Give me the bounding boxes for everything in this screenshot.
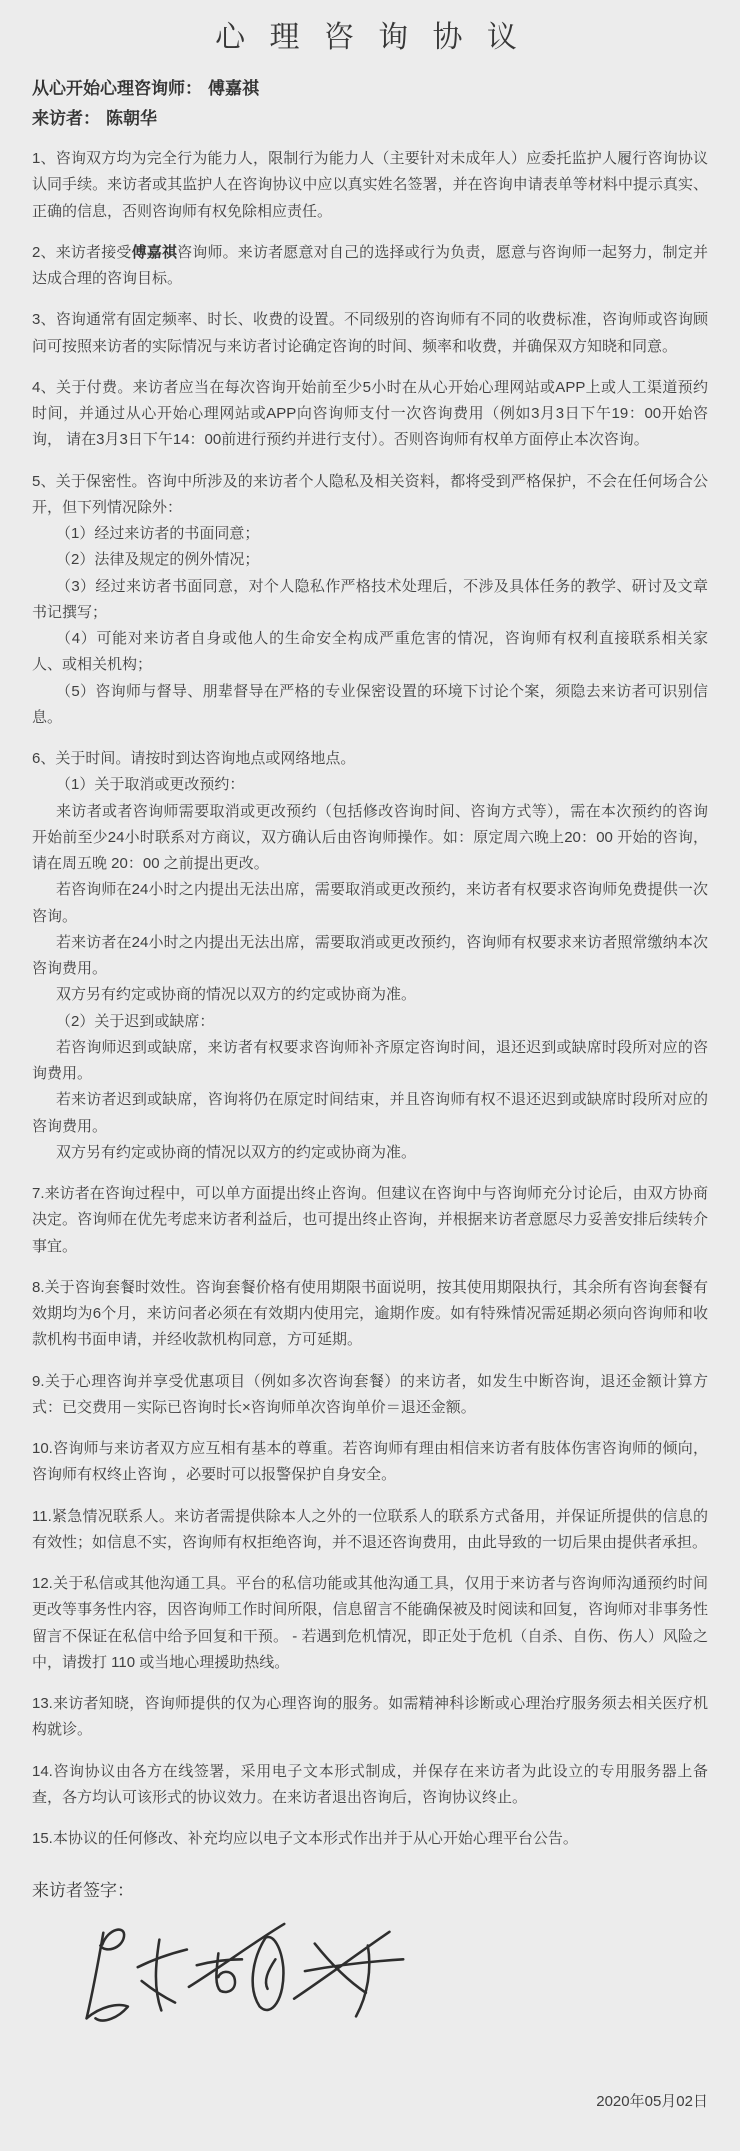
clause-text: 双方另有约定或协商的情况以双方的约定或协商为准。	[56, 1144, 416, 1161]
clause-block: 13.来访者知晓，咨询师提供的仅为心理咨询的服务。如需精神科诊断或心理治疗服务须…	[32, 1691, 708, 1744]
clause-text: 1、咨询双方均为完全行为能力人，限制行为能力人（主要针对未成年人）应委托监护人履…	[32, 150, 708, 220]
clause-line: 双方另有约定或协商的情况以双方的约定或协商为准。	[32, 1140, 708, 1166]
clause-line: （2）关于迟到或缺席：	[32, 1009, 708, 1035]
clause-block: 15.本协议的任何修改、补充均应以电子文本形式作出并于从心开始心理平台公告。	[32, 1826, 708, 1852]
clause-line: 双方另有约定或协商的情况以双方的约定或协商为准。	[32, 982, 708, 1008]
handwritten-signature	[70, 1920, 410, 2038]
clause-block: 11.紧急情况联系人。来访者需提供除本人之外的一位联系人的联系方式备用，并保证所…	[32, 1504, 708, 1557]
counselor-line: 从心开始心理咨询师：傅嘉祺	[32, 74, 708, 104]
clause-text: 3、咨询通常有固定频率、时长、收费的设置。不同级别的咨询师有不同的收费标准，咨询…	[32, 311, 708, 354]
clause-text: （1）关于取消或更改预约：	[56, 776, 244, 793]
clause-text: 双方另有约定或协商的情况以双方的约定或协商为准。	[56, 986, 416, 1003]
clause-line: 14.咨询协议由各方在线签署，采用电子文本形式制成，并保存在来访者为此设立的专用…	[32, 1759, 708, 1812]
visitor-line: 来访者：陈朝华	[32, 104, 708, 134]
clause-text: （1）经过来访者的书面同意；	[56, 525, 259, 542]
clause-block: 5、关于保密性。咨询中所涉及的来访者个人隐私及相关资料，都将受到严格保护，不会在…	[32, 469, 708, 732]
counselor-name-inline: 傅嘉祺	[132, 244, 178, 261]
clause-text: 9.关于心理咨询并享受优惠项目（例如多次咨询套餐）的来访者，如发生中断咨询，退还…	[32, 1373, 708, 1416]
clause-text: 15.本协议的任何修改、补充均应以电子文本形式作出并于从心开始心理平台公告。	[32, 1830, 578, 1847]
clause-line: 若来访者迟到或缺席，咨询将仍在原定时间结束，并且咨询师有权不退还迟到或缺席时段所…	[32, 1087, 708, 1140]
clause-text: 4、关于付费。来访者应当在每次咨询开始前至少5小时在从心开始心理网站或APP上或…	[32, 379, 708, 449]
clause-line: 9.关于心理咨询并享受优惠项目（例如多次咨询套餐）的来访者，如发生中断咨询，退还…	[32, 1369, 708, 1422]
clause-text: 5、关于保密性。咨询中所涉及的来访者个人隐私及相关资料，都将受到严格保护，不会在…	[32, 473, 708, 516]
clause-text: 11.紧急情况联系人。来访者需提供除本人之外的一位联系人的联系方式备用，并保证所…	[32, 1508, 708, 1551]
clause-text: 8.关于咨询套餐时效性。咨询套餐价格有使用期限书面说明，按其使用期限执行，其余所…	[32, 1279, 708, 1349]
clause-block: 1、咨询双方均为完全行为能力人，限制行为能力人（主要针对未成年人）应委托监护人履…	[32, 146, 708, 225]
clause-block: 3、咨询通常有固定频率、时长、收费的设置。不同级别的咨询师有不同的收费标准，咨询…	[32, 307, 708, 360]
signature-date: 2020年05月02日	[32, 2090, 708, 2111]
clause-line: 若来访者在24小时之内提出无法出席，需要取消或更改预约，咨询师有权要求来访者照常…	[32, 930, 708, 983]
clause-block: 12.关于私信或其他沟通工具。平台的私信功能或其他沟通工具，仅用于来访者与咨询师…	[32, 1571, 708, 1676]
clause-line: 12.关于私信或其他沟通工具。平台的私信功能或其他沟通工具，仅用于来访者与咨询师…	[32, 1571, 708, 1676]
clause-text: 14.咨询协议由各方在线签署，采用电子文本形式制成，并保存在来访者为此设立的专用…	[32, 1763, 708, 1806]
counselor-name: 傅嘉祺	[208, 79, 259, 98]
clause-line: 来访者或者咨询师需要取消或更改预约（包括修改咨询时间、咨询方式等），需在本次预约…	[32, 799, 708, 878]
clause-block: 7.来访者在咨询过程中，可以单方面提出终止咨询。但建议在咨询中与咨询师充分讨论后…	[32, 1181, 708, 1260]
signature-label: 来访者签字：	[32, 1878, 708, 1904]
clause-text: 2、来访者接受	[32, 244, 132, 261]
visitor-label: 来访者：	[32, 109, 100, 128]
clause-line: 13.来访者知晓，咨询师提供的仅为心理咨询的服务。如需精神科诊断或心理治疗服务须…	[32, 1691, 708, 1744]
clause-text: 来访者或者咨询师需要取消或更改预约（包括修改咨询时间、咨询方式等），需在本次预约…	[32, 803, 708, 873]
clause-line: 5、关于保密性。咨询中所涉及的来访者个人隐私及相关资料，都将受到严格保护，不会在…	[32, 469, 708, 522]
clause-text: 7.来访者在咨询过程中，可以单方面提出终止咨询。但建议在咨询中与咨询师充分讨论后…	[32, 1185, 708, 1255]
clause-text: （4）可能对来访者自身或他人的生命安全构成严重危害的情况，咨询师有权利直接联系相…	[32, 630, 708, 673]
clause-block: 8.关于咨询套餐时效性。咨询套餐价格有使用期限书面说明，按其使用期限执行，其余所…	[32, 1275, 708, 1354]
clause-text: （5）咨询师与督导、朋辈督导在严格的专业保密设置的环境下讨论个案，须隐去来访者可…	[32, 683, 708, 726]
clause-text: （2）关于迟到或缺席：	[56, 1013, 214, 1030]
clause-text: 12.关于私信或其他沟通工具。平台的私信功能或其他沟通工具，仅用于来访者与咨询师…	[32, 1575, 708, 1671]
clause-line: 10.咨询师与来访者双方应互相有基本的尊重。若咨询师有理由相信来访者有肢体伤害咨…	[32, 1436, 708, 1489]
clause-line: （5）咨询师与督导、朋辈督导在严格的专业保密设置的环境下讨论个案，须隐去来访者可…	[32, 679, 708, 732]
clause-text: 若来访者在24小时之内提出无法出席，需要取消或更改预约，咨询师有权要求来访者照常…	[32, 934, 708, 977]
clause-line: 若咨询师迟到或缺席，来访者有权要求咨询师补齐原定咨询时间，退还迟到或缺席时段所对…	[32, 1035, 708, 1088]
clause-block: 14.咨询协议由各方在线签署，采用电子文本形式制成，并保存在来访者为此设立的专用…	[32, 1759, 708, 1812]
clause-text: 若咨询师迟到或缺席，来访者有权要求咨询师补齐原定咨询时间，退还迟到或缺席时段所对…	[32, 1039, 708, 1082]
clause-line: （3）经过来访者书面同意，对个人隐私作严格技术处理后，不涉及具体任务的教学、研讨…	[32, 574, 708, 627]
clause-line: 3、咨询通常有固定频率、时长、收费的设置。不同级别的咨询师有不同的收费标准，咨询…	[32, 307, 708, 360]
visitor-name: 陈朝华	[106, 109, 157, 128]
clause-line: 15.本协议的任何修改、补充均应以电子文本形式作出并于从心开始心理平台公告。	[32, 1826, 708, 1852]
clause-line: 1、咨询双方均为完全行为能力人，限制行为能力人（主要针对未成年人）应委托监护人履…	[32, 146, 708, 225]
clause-block: 10.咨询师与来访者双方应互相有基本的尊重。若咨询师有理由相信来访者有肢体伤害咨…	[32, 1436, 708, 1489]
clause-block: 6、关于时间。请按时到达咨询地点或网络地点。（1）关于取消或更改预约：来访者或者…	[32, 746, 708, 1166]
counselor-label: 从心开始心理咨询师：	[32, 79, 202, 98]
clause-block: 4、关于付费。来访者应当在每次咨询开始前至少5小时在从心开始心理网站或APP上或…	[32, 375, 708, 454]
clause-text: （3）经过来访者书面同意，对个人隐私作严格技术处理后，不涉及具体任务的教学、研讨…	[32, 578, 708, 621]
clause-line: 2、来访者接受傅嘉祺咨询师。来访者愿意对自己的选择或行为负责，愿意与咨询师一起努…	[32, 240, 708, 293]
clause-block: 9.关于心理咨询并享受优惠项目（例如多次咨询套餐）的来访者，如发生中断咨询，退还…	[32, 1369, 708, 1422]
clause-line: 6、关于时间。请按时到达咨询地点或网络地点。	[32, 746, 708, 772]
clause-text: 10.咨询师与来访者双方应互相有基本的尊重。若咨询师有理由相信来访者有肢体伤害咨…	[32, 1440, 708, 1483]
clause-line: （1）关于取消或更改预约：	[32, 772, 708, 798]
clause-line: （2）法律及规定的例外情况；	[32, 547, 708, 573]
clause-text: 若来访者迟到或缺席，咨询将仍在原定时间结束，并且咨询师有权不退还迟到或缺席时段所…	[32, 1091, 708, 1134]
document-title: 心 理 咨 询 协 议	[32, 12, 708, 56]
clause-line: （4）可能对来访者自身或他人的生命安全构成严重危害的情况，咨询师有权利直接联系相…	[32, 626, 708, 679]
agreement-document: 心 理 咨 询 协 议 从心开始心理咨询师：傅嘉祺 来访者：陈朝华 1、咨询双方…	[0, 0, 740, 2151]
clause-line: 若咨询师在24小时之内提出无法出席，需要取消或更改预约，来访者有权要求咨询师免费…	[32, 877, 708, 930]
clause-line: （1）经过来访者的书面同意；	[32, 521, 708, 547]
clause-line: 7.来访者在咨询过程中，可以单方面提出终止咨询。但建议在咨询中与咨询师充分讨论后…	[32, 1181, 708, 1260]
clause-text: （2）法律及规定的例外情况；	[56, 551, 259, 568]
clause-text: 13.来访者知晓，咨询师提供的仅为心理咨询的服务。如需精神科诊断或心理治疗服务须…	[32, 1695, 708, 1738]
clause-line: 11.紧急情况联系人。来访者需提供除本人之外的一位联系人的联系方式备用，并保证所…	[32, 1504, 708, 1557]
clause-text: 6、关于时间。请按时到达咨询地点或网络地点。	[32, 750, 355, 767]
clause-line: 4、关于付费。来访者应当在每次咨询开始前至少5小时在从心开始心理网站或APP上或…	[32, 375, 708, 454]
clause-line: 8.关于咨询套餐时效性。咨询套餐价格有使用期限书面说明，按其使用期限执行，其余所…	[32, 1275, 708, 1354]
clause-block: 2、来访者接受傅嘉祺咨询师。来访者愿意对自己的选择或行为负责，愿意与咨询师一起努…	[32, 240, 708, 293]
clause-text: 若咨询师在24小时之内提出无法出席，需要取消或更改预约，来访者有权要求咨询师免费…	[32, 881, 708, 924]
agreement-body: 1、咨询双方均为完全行为能力人，限制行为能力人（主要针对未成年人）应委托监护人履…	[32, 146, 708, 1852]
